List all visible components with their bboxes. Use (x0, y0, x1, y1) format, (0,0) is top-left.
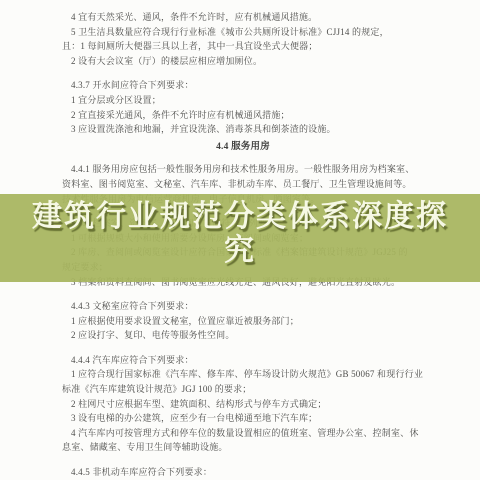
document-line: 且：1 每间厕所大便器三具以上者，其中一具宜设坐式大便器； (62, 39, 424, 54)
document-line: 1 应符合现行国家标准《汽车库、修车库、停车场设计防火规范》GB 50067 和… (62, 367, 424, 382)
document-line: 息室、储藏室、专用卫生间等辅助设施。 (62, 440, 424, 455)
document-line: 标准《汽车库建筑设计规范》JGJ 100 的要求； (62, 382, 424, 397)
document-page: 4 宜有天然采光、通风，条件不允许时，应有机械通风措施。5 卫生洁具数量应符合现… (0, 0, 480, 480)
document-line: 资料室、图书阅览室、文秘室、汽车库、非机动车库、员工餐厅、卫生管理设施间等。 (62, 177, 424, 192)
document-line: 4 汽车库内可按管理方式和停车位的数量设置相应的值班室、管理办公室、控制室、休 (62, 426, 424, 441)
document-line: 5 卫生洁具数量应符合现行行业标准《城市公共厕所设计标准》CJJ14 的规定， (62, 25, 424, 40)
document-line: 4 宜有天然采光、通风，条件不允许时，应有机械通风措施。 (62, 10, 424, 25)
document-line: 4.4.5 非机动车库应符合下列要求： (62, 465, 424, 480)
document-line (62, 455, 424, 465)
document-line: 2 宜直接采光通风，条件不允许时应有机械通风措施； (62, 108, 424, 123)
document-line (62, 68, 424, 78)
section-heading: 4.4 服务用房 (62, 140, 424, 155)
document-line: 2 柱网尺寸应根据车型、建筑面积、结构形式与停车方式确定； (62, 397, 424, 412)
document-line: 2 设有大会议室（厅）的楼层应相应增加厕位。 (62, 54, 424, 69)
article-title-line1: 建筑行业规范分类体系深度探 (0, 200, 480, 234)
article-title-line2: 究 (0, 234, 480, 268)
document-line (62, 289, 424, 299)
document-line: 1 宜分层或分区设置； (62, 93, 424, 108)
document-line: 1 应根据使用要求设置文秘室，位置应靠近被服务部门； (62, 314, 424, 329)
document-line: 4.3.7 开水间应符合下列要求： (62, 78, 424, 93)
article-title: 建筑行业规范分类体系深度探 究 (0, 194, 480, 268)
document-line: 4.4.4 汽车库应符合下列要求： (62, 353, 424, 368)
document-line: 3 设有电梯的办公建筑，应至少有一台电梯通至地下汽车库； (62, 411, 424, 426)
document-line: 4.4.1 服务用房应包括一般性服务用房和技术性服务用房。一般性服务用房为档案室… (62, 162, 424, 177)
title-overlay-band: 建筑行业规范分类体系深度探 究 (0, 194, 480, 282)
document-line: 3 应设置洗涤池和地漏，并宜设洗涤、消毒茶具和倒茶渣的设施。 (62, 122, 424, 137)
document-line: 2 应设打字、复印、电传等服务性空间。 (62, 328, 424, 343)
document-line: 4.4.3 文秘室应符合下列要求： (62, 299, 424, 314)
document-line (62, 343, 424, 353)
